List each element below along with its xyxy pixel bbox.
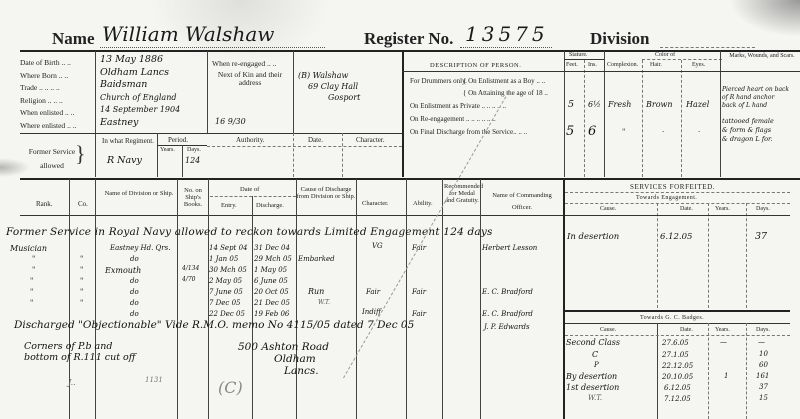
books-header: No. on Ship's Books. [178, 187, 208, 208]
table-row: " " do 1 Jan 05 29 Mch 05 Embarked [0, 255, 563, 266]
marks-header: Marks, Wounds, and Scars. [724, 53, 800, 60]
entry-cell: 30 Mch 05 [209, 266, 247, 274]
engagement-header-bottom [565, 215, 790, 216]
kin-label: Next of Kin and their address [210, 71, 290, 87]
discharge-note: Discharged "Objectionable" Vide R.M.O. m… [14, 319, 414, 331]
eng-row-days: 37 [755, 231, 767, 242]
name-value: William Walshaw [102, 22, 274, 46]
gc-days-header: Days. [756, 327, 770, 333]
rank-cell: " [32, 255, 35, 263]
gc-header-bottom [565, 335, 790, 336]
rank-cell: " [32, 266, 35, 274]
col-divider [708, 203, 709, 308]
stature-header: Stature. [569, 52, 588, 58]
service-rows: Musician Eastney Hd. Qrs. 14 Sept 04 31 … [0, 244, 563, 321]
regiment-header: In what Regiment. [102, 137, 154, 145]
corner-note: Corners of P.b and bottom of R.111 cut o… [24, 341, 136, 363]
co-cell: " [80, 277, 83, 285]
kin-address: (B) Walshaw 69 Clay Hall Gosport [298, 70, 348, 103]
corner-note-line: Corners of P.b and [24, 341, 136, 352]
discharge-ins: 6 [588, 124, 596, 139]
discharge-cell: 1 May 05 [254, 266, 287, 274]
value-religion: Church of England [100, 92, 207, 105]
marks-line: tattooed female [722, 117, 789, 126]
eng-row-date: 6.12.05 [660, 232, 692, 242]
col-divider [746, 203, 747, 308]
col-divider [584, 60, 585, 177]
days-header: Days. [187, 147, 201, 153]
color-of-header: Color of [655, 52, 675, 58]
hair-header: Hair. [650, 62, 662, 68]
gc-badges-title: Towards G. C. Badges. [640, 315, 704, 321]
address-line: Lancs. [284, 365, 375, 377]
discharge-cell: 20 Oct 05 [254, 288, 289, 296]
date-of-header: Date of [240, 186, 259, 193]
col-divider [564, 51, 565, 177]
ship-cell: Exmouth [105, 266, 141, 275]
feet-header: Feet. [566, 62, 578, 68]
marks-line: & dragon L for. [722, 135, 789, 144]
complexion-header: Complexion. [607, 62, 638, 68]
label-where-born: Where Born .. .. [20, 70, 95, 83]
lower-header-bottom [20, 215, 565, 216]
forfeited-title: SERVICES FORFEITED. [630, 183, 715, 191]
gc-date: 27.6.05 [662, 339, 689, 347]
col-divider [342, 133, 343, 177]
rank-header: Rank. [36, 200, 53, 208]
gc-date: 27.1.05 [662, 351, 689, 359]
gc-date: 7.12.05 [664, 395, 691, 403]
former-header-line [207, 146, 402, 147]
officer-cell: E. C. Bradford [482, 288, 533, 296]
discharge-cell: 21 Dec 05 [254, 299, 290, 307]
ship-cell: do [130, 299, 139, 307]
desc-row-discharge: On Final Discharge from the Service.. ..… [410, 128, 527, 136]
entry-cell: 7 Dec 05 [209, 299, 241, 307]
co-cell: " [80, 288, 83, 296]
name-label: Name [52, 29, 94, 49]
period-header: Period. [168, 136, 188, 144]
gc-row: 1st desertion 6.12.05 37 [566, 383, 790, 394]
cause-header: Cause of Discharge from Division or Ship… [296, 186, 356, 200]
gc-years: 1 [724, 372, 728, 380]
table-row: " " Exmouth 4/134 30 Mch 05 1 May 05 [0, 266, 563, 277]
kin-line-2: 69 Clay Hall [308, 81, 358, 92]
days-value: 124 [185, 156, 200, 165]
col-divider [157, 133, 158, 177]
character-header: Character. [356, 136, 385, 144]
gc-cause: Second Class [566, 338, 620, 347]
personal-values: 13 May 1886 Oldham Lancs Baidsman Church… [100, 54, 207, 129]
character-cell: VG [372, 242, 383, 250]
desc-row-boy: { On Enlistment as a Boy .. .. [463, 77, 545, 85]
color-line [642, 59, 722, 60]
lower-table-top [20, 178, 800, 180]
gc-cause: W.T. [588, 394, 602, 402]
private-hair: Brown [646, 100, 673, 109]
eyes-header: Eyes. [692, 62, 705, 68]
division-underline [660, 47, 755, 48]
engagement-line [565, 203, 790, 204]
gc-cause: C [592, 350, 598, 359]
personal-labels: Date of Birth .. .. Where Born .. .. Tra… [20, 57, 95, 132]
gc-date: 20.10.05 [662, 373, 693, 381]
col-divider [293, 51, 294, 133]
register-label: Register No. [364, 29, 453, 49]
table-row: Musician Eastney Hd. Qrs. 14 Sept 04 31 … [0, 244, 563, 255]
gc-badges-rows: Second Class 27.6.05 — — C 27.1.05 10 P … [566, 338, 790, 405]
division-label: Division [590, 29, 650, 49]
cause-cell: Embarked [298, 255, 335, 263]
discharge-cell: 19 Feb 06 [254, 310, 289, 318]
ability-cell: Fair [412, 310, 426, 318]
label-dob: Date of Birth .. .. [20, 57, 95, 70]
ability-header: Ability. [413, 200, 433, 207]
register-underline [460, 47, 552, 48]
col-divider [293, 133, 294, 177]
address-line: 500 Ashton Road [238, 341, 329, 353]
discharge-cell: 31 Dec 04 [254, 244, 290, 252]
books-cell: 4/70 [182, 276, 195, 283]
discharge-feet: 5 [566, 124, 574, 139]
gc-row: By desertion 20.10.05 1 161 [566, 372, 790, 383]
discharge-header: Discharge. [256, 202, 284, 209]
corner-note-line: bottom of R.111 cut off [24, 352, 136, 363]
table-row: " " do 4/70 2 May 05 6 June 05 [0, 277, 563, 288]
rank-cell: " [30, 299, 33, 307]
value-where-born: Oldham Lancs [100, 67, 207, 80]
label-where-enlisted: Where enlisted .. .. [20, 120, 95, 133]
description-title: DESCRIPTION OF PERSON. [430, 62, 521, 69]
eng-row-cause: In desertion [567, 232, 619, 242]
col-divider [207, 51, 208, 133]
co-cell: " [80, 299, 83, 307]
entry-cell: 22 Dec 05 [209, 310, 245, 318]
co-cell: " [80, 255, 83, 263]
former-service-note: Former Service in Royal Navy allowed to … [6, 226, 493, 238]
date-header: Date. [308, 136, 323, 144]
co-header: Co. [78, 200, 88, 208]
cause-cell: W.T. [318, 299, 330, 306]
entry-cell: 14 Sept 04 [209, 244, 248, 252]
col-divider [604, 51, 605, 177]
discharge-cell: 29 Mch 05 [254, 255, 292, 263]
drummers-label: For Drummers only. [410, 77, 467, 85]
reengaged-label: When re-engaged .. .. [212, 59, 276, 68]
desc-row-private: On Enlistment as Private .. .. .. .. .. [410, 102, 506, 110]
gc-days: 161 [756, 372, 769, 380]
col-divider [402, 51, 404, 177]
ship-cell: Eastney Hd. Qrs. [110, 244, 170, 252]
stamp-mark: 1131 [145, 376, 163, 384]
table-row: " " do 7 June 05 20 Oct 05 Run Fair Fair… [0, 288, 563, 299]
stamp-mark: (C) [218, 378, 243, 397]
ability-cell: Fair [412, 288, 426, 296]
marks-line: of R hand anchor [722, 94, 789, 102]
engagement-title: Towards Engagement. [636, 195, 697, 201]
discharge-cell: 6 June 05 [254, 277, 288, 285]
gc-date-header: Date. [680, 327, 693, 333]
rank-cell: Musician [10, 244, 47, 253]
gc-years-header: Years. [715, 327, 730, 333]
private-ins: 6½ [588, 100, 601, 109]
character-cell: Fair [366, 288, 380, 296]
marks-line: & form & flags [722, 126, 789, 135]
col-divider [182, 145, 183, 177]
former-service-label: Former Service allowed [22, 145, 82, 173]
top-border [20, 50, 800, 52]
marks-text: Pierced heart on back of R hand anchor b… [722, 86, 789, 144]
marks-line: Pierced heart on back [722, 86, 789, 94]
gc-row: C 27.1.05 10 [566, 350, 790, 361]
description-header-line [402, 71, 800, 72]
label-when-enlisted: When enlisted .. .. [20, 107, 95, 120]
private-feet: 5 [568, 99, 574, 110]
ship-cell: do [130, 288, 139, 296]
table-row: " " do 7 Dec 05 21 Dec 05 W.T. [0, 299, 563, 310]
col-divider [681, 60, 682, 177]
stamp-mark: J.. [68, 378, 76, 387]
gc-badges-top [565, 310, 790, 312]
kin-line-3: Gosport [328, 92, 378, 103]
eng-cause-header: Cause. [600, 206, 616, 212]
discharge-complexion: " [622, 128, 625, 136]
eng-years-header: Years. [715, 206, 730, 212]
co-cell: " [80, 266, 83, 274]
discharge-hair: . [662, 126, 664, 134]
officer-cell: E. C. Bradford [482, 310, 533, 318]
ship-cell: do [130, 310, 139, 318]
eng-date-header: Date. [680, 206, 693, 212]
gc-cause: By desertion [566, 372, 617, 381]
discharge-eyes: . [698, 126, 700, 134]
desc-row-reengagement: On Re-engagement .. .. .. .. .. .. [410, 115, 496, 123]
gc-date: 22.12.05 [662, 362, 693, 370]
authority-header: Authority. [236, 136, 265, 144]
gc-days: — [758, 338, 765, 346]
value-where-enlisted: Eastney [100, 117, 207, 130]
gc-cause-header: Cause. [600, 327, 616, 333]
reference-note: 16 9/30 [215, 117, 246, 126]
rank-cell: " [30, 288, 33, 296]
entry-cell: 1 Jan 05 [209, 255, 238, 263]
gc-years: — [720, 338, 727, 346]
entry-header: Entry. [221, 202, 237, 209]
former-service-top [20, 133, 402, 134]
private-eyes: Hazel [686, 100, 709, 109]
private-complexion: Fresh [608, 100, 631, 109]
kin-line-1: (B) Walshaw [298, 70, 348, 81]
gc-row: P 22.12.05 60 [566, 361, 790, 372]
ship-cell: do [130, 255, 139, 263]
regiment-value: R Navy [107, 155, 142, 166]
officer-cell: Herbert Lesson [482, 244, 537, 252]
eng-days-header: Days. [756, 206, 770, 212]
address-note: 500 Ashton Road Oldham Lancs. [238, 341, 329, 377]
gc-row: Second Class 27.6.05 — — [566, 338, 790, 350]
brace: } [75, 141, 86, 167]
register-value: 13575 [465, 22, 549, 46]
gc-date: 6.12.05 [664, 384, 691, 392]
label-trade: Trade .. .. .. .. [20, 82, 95, 95]
ins-header: Ins. [588, 62, 597, 68]
value-dob: 13 May 1886 [100, 54, 207, 67]
officer-signature: J. P. Edwards [484, 323, 530, 331]
ship-header: Name of Division or Ship. [100, 188, 178, 200]
gc-badges-line [565, 323, 790, 324]
books-cell: 4/134 [182, 265, 199, 272]
col-divider [657, 203, 658, 308]
cause-cell: Run [308, 287, 324, 296]
officer-header: Name of Commanding Officer. [482, 190, 562, 214]
gc-days: 15 [759, 394, 768, 402]
gc-cause: 1st desertion [566, 383, 619, 392]
col-divider [720, 51, 721, 177]
col-divider [95, 51, 96, 177]
character-header-lower: Character. [362, 200, 389, 207]
gc-days: 60 [759, 361, 768, 369]
gc-cause: P [594, 361, 599, 369]
gc-days: 37 [759, 383, 768, 391]
value-when-enlisted: 14 September 1904 [100, 104, 207, 117]
rank-cell: " [30, 277, 33, 285]
forfeited-line [565, 192, 790, 193]
entry-cell: 7 June 05 [209, 288, 243, 296]
years-header: Years. [160, 147, 175, 153]
date-of-line [210, 196, 296, 197]
gc-days: 10 [759, 350, 768, 358]
name-underline [100, 47, 325, 48]
gc-row: W.T. 7.12.05 15 [566, 394, 790, 405]
ship-cell: do [130, 277, 139, 285]
entry-cell: 2 May 05 [209, 277, 242, 285]
service-record-document: Name William Walshaw Register No. 13575 … [0, 0, 800, 419]
marks-line: back of L hand [722, 102, 789, 110]
value-trade: Baidsman [100, 79, 207, 92]
label-religion: Religion .. .. .. [20, 95, 95, 108]
col-divider [642, 60, 643, 177]
